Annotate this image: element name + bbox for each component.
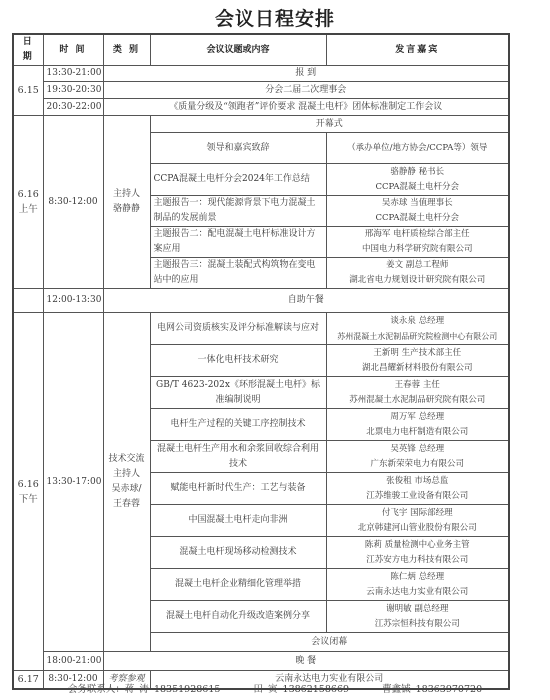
speaker-cell: 周万军 总经理 北票电力电杆制造有限公司 [326, 409, 509, 441]
table-row: 6.16 上午 8:30-12:00 主持人 骆静静 开幕式 [13, 116, 509, 133]
speaker-org: 江苏安方电力科技有限公司 [330, 553, 506, 568]
speaker-cell: 张俊租 市场总监 江苏维骏工业设备有限公司 [326, 473, 509, 505]
topic-cell: 混凝土电杆自动化升级改造案例分享 [150, 601, 326, 633]
time-cell: 8:30-12:00 [43, 116, 103, 289]
contact-1: 会务联系人：蒋 涛 18351928615 [68, 681, 221, 695]
contact-3: 曹鑫铖 18363970720 [382, 681, 482, 695]
speaker-name: 姜文 副总工程师 [330, 258, 506, 273]
speaker-org: 湖北昌耀新材料股份有限公司 [330, 361, 506, 376]
opening-ceremony: 开幕式 [150, 116, 509, 133]
speaker-cell: 陈莉 质量检测中心业务主管 江苏安方电力科技有限公司 [326, 537, 509, 569]
topic-cell: GB/T 4623-202x《环形混凝土电杆》标准编制说明 [150, 377, 326, 409]
speaker-org: CCPA混凝土电杆分会 [330, 211, 506, 226]
speaker-cell: 陈仁炳 总经理 云南永达电力实业有限公司 [326, 569, 509, 601]
speaker-org: 云南永达电力实业有限公司 [330, 585, 506, 600]
table-row: 19:30-20:30 分会二届二次理事会 [13, 82, 509, 99]
host-label: 主持人 [113, 469, 140, 479]
speaker-name: 邢海军 电杆质检综合部主任 [330, 227, 506, 242]
date-cell: 6.16 下午 [13, 313, 43, 671]
date-cell: 6.16 上午 [13, 116, 43, 289]
speaker-name: 周万军 总经理 [330, 410, 506, 425]
closing-ceremony: 会议闭幕 [150, 633, 509, 652]
table-row: 12:00-13:30 自助午餐 [13, 289, 509, 313]
time-cell: 13:30-21:00 [43, 66, 103, 82]
topic-cell: CCPA混凝土电杆分会2024年工作总结 [150, 164, 326, 196]
time-cell: 13:30-17:00 [43, 313, 103, 652]
table-row: 6.15 13:30-21:00 报 到 [13, 66, 509, 82]
host-label: 主持人 [113, 189, 140, 199]
speaker-name: 骆静静 秘书长 [330, 165, 506, 180]
content-cell: 自助午餐 [103, 289, 509, 313]
time-cell: 18:00-21:00 [43, 652, 103, 671]
date-value: 6.16 [18, 479, 39, 490]
schedule-table: 日 期 时 间 类 别 会议议题或内容 发言嘉宾 6.15 13:30-21:0… [12, 33, 510, 690]
time-cell: 19:30-20:30 [43, 82, 103, 99]
host-name: 王春蓉 [113, 499, 140, 509]
speaker-name: 王新明 生产技术部主任 [330, 346, 506, 361]
topic-cell: 领导和嘉宾致辞 [150, 133, 326, 164]
header-row: 日 期 时 间 类 别 会议议题或内容 发言嘉宾 [13, 34, 509, 66]
period-label: 上午 [19, 204, 38, 215]
table-row: 18:00-21:00 晚 餐 [13, 652, 509, 671]
topic-cell: 主题报告一：现代能源背景下电力混凝土制品的发展前景 [150, 196, 326, 227]
speaker-org: 湖北省电力规划设计研究院有限公司 [330, 273, 506, 288]
topic-cell: 电杆生产过程的关键工序控制技术 [150, 409, 326, 441]
time-cell: 20:30-22:00 [43, 99, 103, 116]
period-label: 下午 [19, 494, 38, 505]
speaker-cell: 吴赤球 当值理事长 CCPA混凝土电杆分会 [326, 196, 509, 227]
type-cell: 技术交流 主持人 吴赤球/ 王春蓉 [103, 313, 150, 652]
contact-2: 田 寅 13862158669 [253, 681, 349, 695]
contact-footer: 会务联系人：蒋 涛 18351928615 田 寅 13862158669 曹鑫… [0, 681, 550, 695]
topic-cell: 中国混凝土电杆走向非洲 [150, 505, 326, 537]
content-cell: 《质量分级及“领跑者”评价要求 混凝土电杆》团体标准制定工作会议 [103, 99, 509, 116]
speaker-cell: 王春蓉 主任 苏州混凝土水泥制品研究院有限公司 [326, 377, 509, 409]
type-cell: 主持人 骆静静 [103, 116, 150, 289]
page-title: 会议日程安排 [0, 4, 550, 31]
speaker-org: 江苏宗恒科技有限公司 [330, 617, 506, 632]
speaker-cell: （承办单位/地方协会/CCPA等）领导 [326, 133, 509, 164]
speaker-cell: 谢明敏 副总经理 江苏宗恒科技有限公司 [326, 601, 509, 633]
date-cell [13, 289, 43, 313]
speaker-org: 北票电力电杆制造有限公司 [330, 425, 506, 440]
speaker-org: 苏州混凝土水泥制品研究院有限公司 [330, 393, 506, 408]
speaker-cell: 谈永泉 总经理 苏州混凝土水泥制品研究院检测中心有限公司 [326, 313, 509, 345]
header-topic: 会议议题或内容 [150, 34, 326, 66]
header-date: 日 期 [13, 34, 43, 66]
host-name: 骆静静 [113, 204, 140, 214]
speaker-name: 谢明敏 副总经理 [330, 602, 506, 617]
header-time: 时 间 [43, 34, 103, 66]
time-cell: 12:00-13:30 [43, 289, 103, 313]
session-label: 技术交流 [108, 454, 144, 464]
topic-cell: 电网公司资质核实及评分标准解读与应对 [150, 313, 326, 345]
speaker-org: 北京韩建河山管业股份有限公司 [330, 521, 506, 536]
speaker-name: （承办单位/地方协会/CCPA等）领导 [330, 141, 506, 156]
speaker-org: 苏州混凝土水泥制品研究院检测中心有限公司 [330, 329, 506, 344]
date-cell: 6.15 [13, 66, 43, 116]
speaker-name: 吴英锋 总经理 [330, 442, 506, 457]
speaker-name: 付飞宇 国际部经理 [330, 506, 506, 521]
speaker-org: 江苏维骏工业设备有限公司 [330, 489, 506, 504]
topic-cell: 主题报告二：配电混凝土电杆标准设计方案应用 [150, 227, 326, 258]
speaker-name: 吴赤球 当值理事长 [330, 196, 506, 211]
speaker-name: 陈仁炳 总经理 [330, 570, 506, 585]
header-speaker: 发言嘉宾 [326, 34, 509, 66]
speaker-org: CCPA混凝土电杆分会 [330, 180, 506, 195]
speaker-cell: 吴英锋 总经理 广东新荣荣电力有限公司 [326, 441, 509, 473]
speaker-cell: 骆静静 秘书长 CCPA混凝土电杆分会 [326, 164, 509, 196]
topic-cell: 混凝土电杆企业精细化管理举措 [150, 569, 326, 601]
content-cell: 分会二届二次理事会 [103, 82, 509, 99]
speaker-name: 陈莉 质量检测中心业务主管 [330, 538, 506, 553]
header-type: 类 别 [103, 34, 150, 66]
contact-phone: 18351928615 [154, 684, 221, 695]
speaker-cell: 姜文 副总工程师 湖北省电力规划设计研究院有限公司 [326, 258, 509, 289]
contact-label: 会务联系人： [68, 684, 125, 695]
speaker-cell: 王新明 生产技术部主任 湖北昌耀新材料股份有限公司 [326, 345, 509, 377]
contact-name: 曹鑫铖 [382, 684, 411, 695]
table-row: 20:30-22:00 《质量分级及“领跑者”评价要求 混凝土电杆》团体标准制定… [13, 99, 509, 116]
agenda-row: 6.16 下午 13:30-17:00 技术交流 主持人 吴赤球/ 王春蓉 电网… [13, 313, 509, 345]
speaker-name: 王春蓉 主任 [330, 378, 506, 393]
topic-cell: 混凝土电杆生产用水和余浆回收综合利用技术 [150, 441, 326, 473]
content-cell: 晚 餐 [103, 652, 509, 671]
topic-cell: 混凝土电杆现场移动检测技术 [150, 537, 326, 569]
speaker-cell: 付飞宇 国际部经理 北京韩建河山管业股份有限公司 [326, 505, 509, 537]
topic-cell: 一体化电杆技术研究 [150, 345, 326, 377]
contact-phone: 13862158669 [283, 684, 350, 695]
topic-cell: 主题报告三：混凝土装配式构筑物在变电站中的应用 [150, 258, 326, 289]
date-value: 6.16 [18, 189, 39, 200]
topic-cell: 赋能电杆新时代生产：工艺与装备 [150, 473, 326, 505]
content-cell: 报 到 [103, 66, 509, 82]
contact-name: 蒋 涛 [125, 684, 149, 695]
speaker-name: 谈永泉 总经理 [330, 314, 506, 329]
speaker-name: 张俊租 市场总监 [330, 474, 506, 489]
contact-phone: 18363970720 [416, 684, 483, 695]
contact-name: 田 寅 [253, 684, 277, 695]
host-name: 吴赤球/ [111, 484, 141, 494]
speaker-cell: 邢海军 电杆质检综合部主任 中国电力科学研究院有限公司 [326, 227, 509, 258]
speaker-org: 中国电力科学研究院有限公司 [330, 242, 506, 257]
speaker-org: 广东新荣荣电力有限公司 [330, 457, 506, 472]
